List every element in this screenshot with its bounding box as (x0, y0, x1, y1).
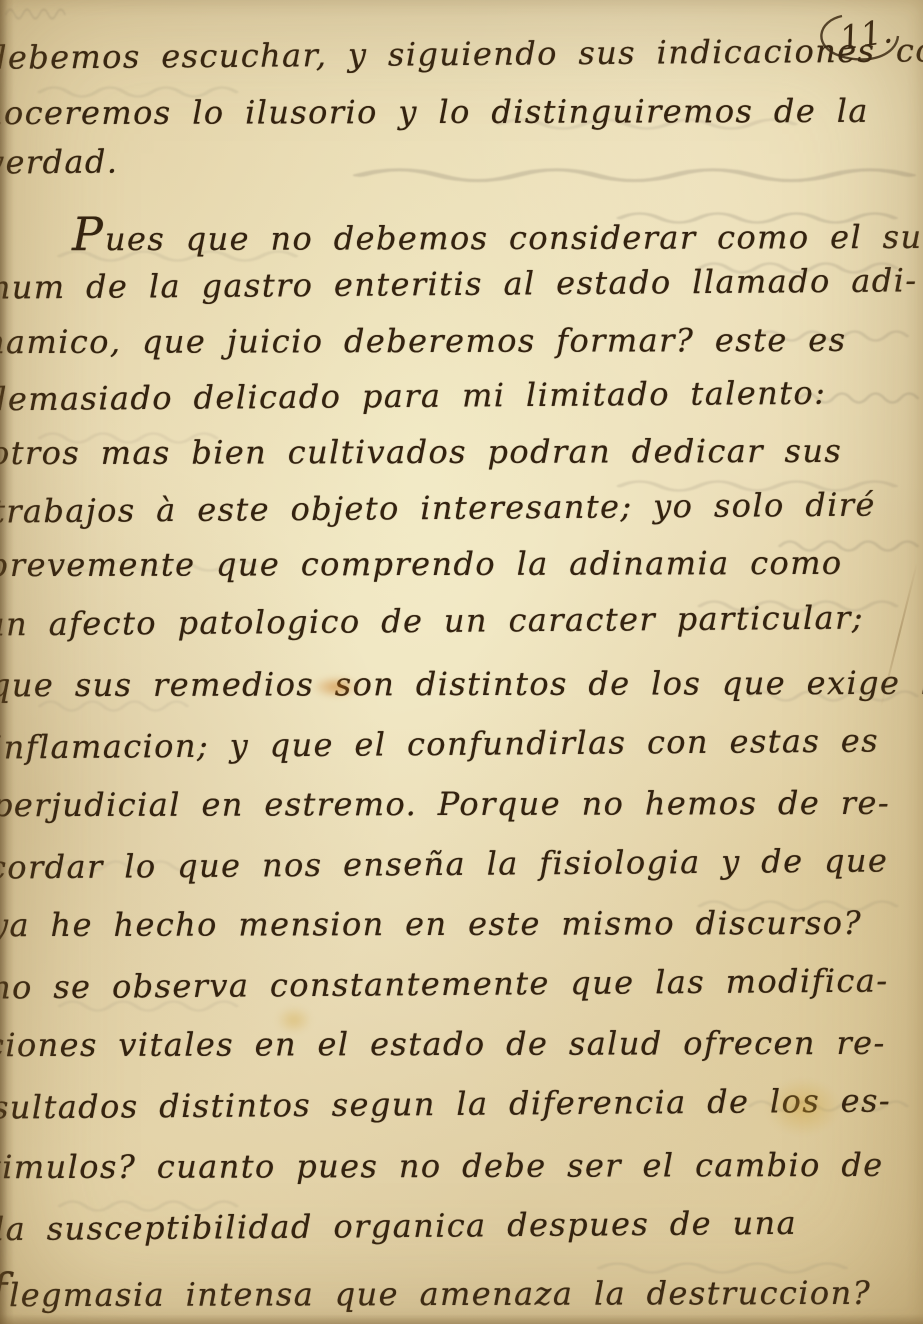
manuscript-line: noceremos lo ilusorio y lo distinguiremo… (0, 95, 869, 129)
manuscript-line: timulos? cuanto pues no debe ser el camb… (0, 1149, 884, 1183)
paper-texture (0, 0, 923, 1324)
manuscript-line: no se observa constantemente que las mod… (0, 964, 889, 1003)
manuscript-line: otros mas bien cultivados podran dedicar… (0, 435, 842, 469)
manuscript-line: inflamacion; y que el confundirlas con e… (0, 725, 879, 764)
manuscript-line: verdad. (0, 145, 118, 178)
manuscript-line: perjudicial en estremo. Porque no hemos … (0, 787, 890, 821)
bleed-through-ink (0, 0, 923, 1324)
manuscript-line: cordar lo que nos enseña la fisiologia y… (0, 844, 888, 883)
manuscript-line: la susceptibilidad organica despues de u… (0, 1207, 797, 1245)
manuscript-line: ciones vitales en el estado de salud ofr… (0, 1027, 886, 1061)
manuscript-line: ya he hecho mension en este mismo discur… (0, 907, 862, 941)
manuscript-line: Pues que no debemos considerar como el s… (72, 209, 923, 257)
manuscript-line: namico, que juicio deberemos formar? est… (0, 324, 846, 358)
manuscript-line: mum de la gastro enteritis al estado lla… (0, 264, 918, 303)
manuscript-line: brevemente que comprendo la adinamia com… (0, 547, 843, 581)
page-vignette (0, 0, 923, 1324)
manuscript-line: demasiado delicado para mi limitado tale… (0, 377, 826, 416)
manuscript-line: debemos escuchar, y siguiendo sus indica… (0, 34, 923, 74)
manuscript-line: que sus remedios son distintos de los qu… (0, 667, 923, 702)
manuscript-line: sultados distintos segun la diferencia d… (0, 1084, 891, 1123)
manuscript-line: un afecto patologico de un caracter part… (0, 602, 864, 641)
manuscript-line: flegmasia intensa que amenaza la destruc… (0, 1265, 871, 1313)
manuscript-page: 11. debemos escuchar, y siguiendo sus in… (0, 0, 923, 1324)
page-edge-shadow (0, 1314, 923, 1324)
manuscript-line: trabajos à este objeto interesante; yo s… (0, 489, 876, 528)
